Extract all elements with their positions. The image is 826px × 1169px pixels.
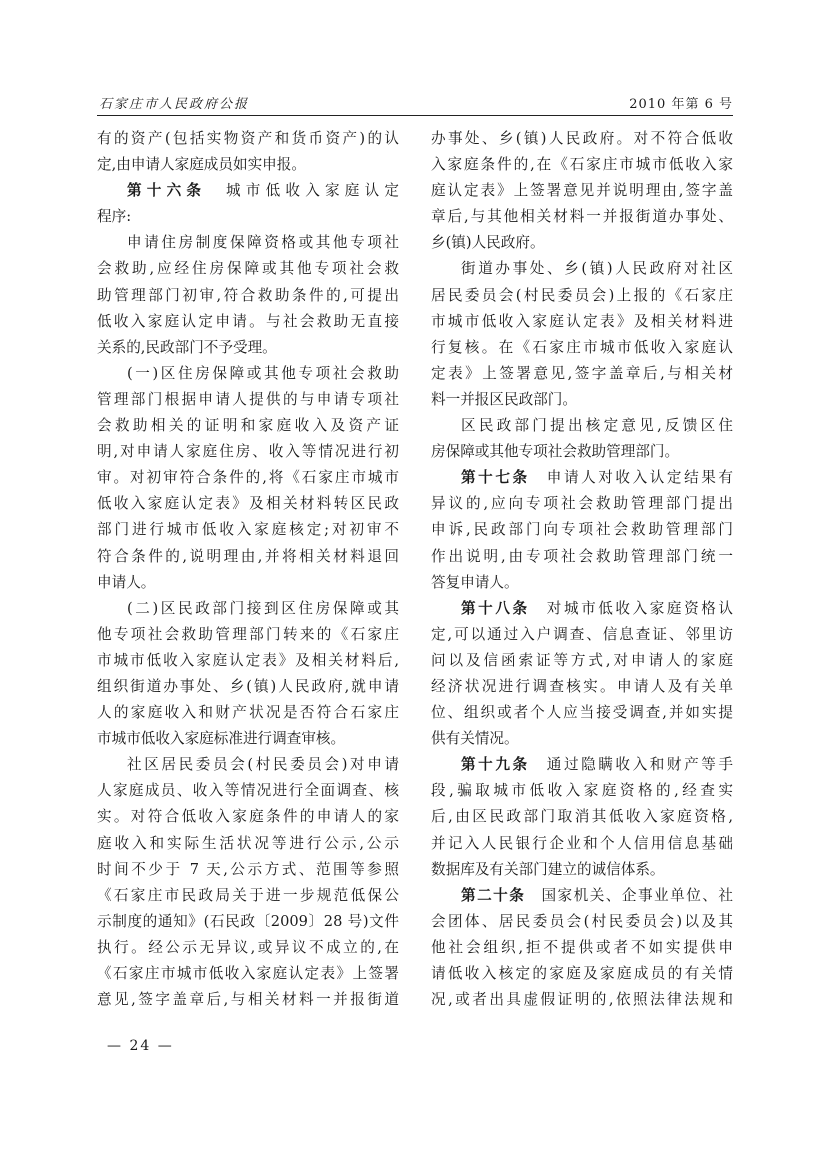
text-line: 申请住房制度保障资格或其他专项社 (97, 230, 399, 256)
line-text: 管理部门根据申请人提供的与申请专项社 (97, 391, 399, 408)
line-text: 部门进行城市低收入家庭核定;对初审不 (97, 521, 399, 538)
line-text: 问以及信函索证等方式,对申请人的家庭 (431, 652, 733, 669)
text-line: 庭认定表》上签署意见并说明理由,签字盖 (431, 178, 733, 204)
article-heading-line: 第二十条 国家机关、企事业单位、社 (431, 883, 733, 909)
article-number: 第十九条 (461, 756, 530, 773)
line-text: 会团体、居民委员会(村民委员会)以及其 (431, 913, 733, 930)
text-line: 明,对申请人家庭住房、收入等情况进行初 (97, 439, 399, 465)
text-line: 段,骗取城市低收入家庭资格的,经查实 (431, 778, 733, 804)
line-text: 城市低收入家庭认定 (206, 182, 399, 199)
line-text: 市城市低收入家庭标准进行调查审核。 (97, 730, 345, 747)
line-text: 定,由申请人家庭成员如实申报。 (97, 156, 306, 173)
text-line: 组织街道办事处、乡(镇)人民政府,就申请 (97, 674, 399, 700)
page-number: — 24 — (107, 1038, 174, 1054)
article-number: 第二十条 (461, 887, 525, 904)
text-line: 他专项社会救助管理部门转来的《石家庄 (97, 622, 399, 648)
line-text: 审。对初审符合条件的,将《石家庄市城市 (97, 469, 399, 486)
line-text: 《石家庄市城市低收入家庭认定表》上签署 (97, 965, 399, 982)
line-text: 人家庭成员、收入等情况进行全面调查、核 (97, 782, 399, 799)
text-line: 后,由区民政部门取消其低收入家庭资格, (431, 804, 733, 830)
line-text: 他专项社会救助管理部门转来的《石家庄 (97, 626, 399, 643)
article-number: 第十七条 (461, 469, 530, 486)
text-line: 社区居民委员会(村民委员会)对申请 (97, 752, 399, 778)
line-text: 程序: (97, 208, 131, 225)
text-line: 申请人。 (97, 570, 399, 596)
text-line: 审。对初审符合条件的,将《石家庄市城市 (97, 465, 399, 491)
text-line: 入家庭条件的,在《石家庄市城市低收入家 (431, 152, 733, 178)
line-text: 实。对符合低收入家庭条件的申请人的家 (97, 808, 399, 825)
line-text: 办事处、乡(镇)人民政府。对不符合低收 (431, 130, 733, 147)
line-text: 申请人对收入认定结果有 (530, 469, 733, 486)
line-text: 经济状况进行调查核实。申请人及有关单 (431, 678, 733, 695)
text-line: 数据库及有关部门建立的诚信体系。 (431, 857, 733, 883)
line-text: 执行。经公示无异议,或异议不成立的,在 (97, 939, 399, 956)
line-text: 会救助,应经住房保障或其他专项社会救 (97, 260, 399, 277)
line-text: 时间不少于 7 天,公示方式、范围等参照 (97, 861, 399, 878)
line-text: (二)区民政部门接到区住房保障或其 (127, 600, 399, 617)
line-text: 料一并报区民政部门。 (431, 391, 577, 408)
text-line: 章后,与其他相关材料一并报街道办事处、 (431, 204, 733, 230)
text-line: 助管理部门初审,符合救助条件的,可提出 (97, 283, 399, 309)
line-text: 市城市低收入家庭认定表》及相关材料后, (97, 652, 399, 669)
line-text: 段,骗取城市低收入家庭资格的,经查实 (431, 782, 733, 799)
text-line: (二)区民政部门接到区住房保障或其 (97, 596, 399, 622)
line-text: 章后,与其他相关材料一并报街道办事处、 (431, 208, 733, 225)
line-text: 市城市低收入家庭认定表》及相关材料进 (431, 313, 733, 330)
line-text: 申请住房制度保障资格或其他专项社 (127, 234, 399, 251)
text-line: 他社会组织,拒不提供或者不如实提供申 (431, 935, 733, 961)
text-line: 《石家庄市城市低收入家庭认定表》上签署 (97, 961, 399, 987)
line-text: 房保障或其他专项社会救助管理部门。 (431, 443, 679, 460)
line-text: 国家机关、企事业单位、社 (525, 887, 733, 904)
line-text: 通过隐瞒收入和财产等手 (530, 756, 733, 773)
line-text: 助管理部门初审,符合救助条件的,可提出 (97, 287, 399, 304)
line-text: 异议的,应向专项社会救助管理部门提出 (431, 495, 733, 512)
text-line: 执行。经公示无异议,或异议不成立的,在 (97, 935, 399, 961)
text-line: 经济状况进行调查核实。申请人及有关单 (431, 674, 733, 700)
text-line: 会救助,应经住房保障或其他专项社会救 (97, 256, 399, 282)
header-rule (97, 115, 733, 116)
text-line: 行复核。在《石家庄市城市低收入家庭认 (431, 335, 733, 361)
line-text: 入家庭条件的,在《石家庄市城市低收入家 (431, 156, 733, 173)
right-column: 办事处、乡(镇)人民政府。对不符合低收入家庭条件的,在《石家庄市城市低收入家庭认… (431, 126, 733, 1013)
line-text: 庭认定表》上签署意见并说明理由,签字盖 (431, 182, 733, 199)
issue-number: 2010 年第 6 号 (629, 93, 733, 112)
text-line: 异议的,应向专项社会救助管理部门提出 (431, 491, 733, 517)
line-text: (一)区住房保障或其他专项社会救助 (127, 365, 399, 382)
line-text: 对城市低收入家庭资格认 (530, 600, 733, 617)
article-heading-line: 第十六条 城市低收入家庭认定 (97, 178, 399, 204)
article-heading-line: 第十七条 申请人对收入认定结果有 (431, 465, 733, 491)
article-number: 第十六条 (127, 182, 206, 199)
text-line: 会团体、居民委员会(村民委员会)以及其 (431, 909, 733, 935)
line-text: 请低收入核定的家庭及家庭成员的有关情 (431, 965, 733, 982)
line-text: 低收入家庭认定申请。与社会救助无直接 (97, 313, 399, 330)
article-heading-line: 第十九条 通过隐瞒收入和财产等手 (431, 752, 733, 778)
line-text: 社区居民委员会(村民委员会)对申请 (127, 756, 399, 773)
line-text: 人的家庭收入和财产状况是否符合石家庄 (97, 704, 399, 721)
line-text: 定表》上签署意见,签字盖章后,与相关材 (431, 365, 733, 382)
text-line: 问以及信函索证等方式,对申请人的家庭 (431, 648, 733, 674)
text-line: 程序: (97, 204, 399, 230)
text-line: 低收入家庭认定申请。与社会救助无直接 (97, 309, 399, 335)
line-text: 供有关情况。 (431, 730, 519, 747)
line-text: 申请人。 (97, 574, 155, 591)
line-text: 后,由区民政部门取消其低收入家庭资格, (431, 808, 733, 825)
text-line: 乡(镇)人民政府。 (431, 230, 733, 256)
text-line: 定表》上签署意见,签字盖章后,与相关材 (431, 361, 733, 387)
line-text: 低收入家庭认定表》及相关材料转区民政 (97, 495, 399, 512)
publication-title: 石家庄市人民政府公报 (99, 93, 249, 112)
line-text: 位、组织或者个人应当接受调查,并如实提 (431, 704, 733, 721)
line-text: 意见,签字盖章后,与相关材料一并报街道 (97, 991, 399, 1008)
article-number: 第十八条 (461, 600, 530, 617)
line-text: 行复核。在《石家庄市城市低收入家庭认 (431, 339, 733, 356)
text-line: 请低收入核定的家庭及家庭成员的有关情 (431, 961, 733, 987)
line-text: 答复申请人。 (431, 574, 519, 591)
text-line: 定,可以通过入户调查、信息查证、邻里访 (431, 622, 733, 648)
text-line: 关系的,民政部门不予受理。 (97, 335, 399, 361)
text-line: 庭收入和实际生活状况等进行公示,公示 (97, 831, 399, 857)
text-line: 居民委员会(村民委员会)上报的《石家庄 (431, 283, 733, 309)
text-line: 供有关情况。 (431, 726, 733, 752)
text-line: 人的家庭收入和财产状况是否符合石家庄 (97, 700, 399, 726)
text-line: 符合条件的,说明理由,并将相关材料退回 (97, 544, 399, 570)
text-line: 意见,签字盖章后,与相关材料一并报街道 (97, 987, 399, 1013)
text-line: 市城市低收入家庭标准进行调查审核。 (97, 726, 399, 752)
text-line: 实。对符合低收入家庭条件的申请人的家 (97, 804, 399, 830)
text-line: 市城市低收入家庭认定表》及相关材料进 (431, 309, 733, 335)
text-line: 位、组织或者个人应当接受调查,并如实提 (431, 700, 733, 726)
line-text: 定,可以通过入户调查、信息查证、邻里访 (431, 626, 733, 643)
left-column: 有的资产(包括实物资产和货币资产)的认定,由申请人家庭成员如实申报。第十六条 城… (97, 126, 399, 1013)
line-text: 区民政部门提出核定意见,反馈区住 (461, 417, 733, 434)
text-line: 《石家庄市民政局关于进一步规范低保公 (97, 883, 399, 909)
text-line: 有的资产(包括实物资产和货币资产)的认 (97, 126, 399, 152)
text-line: 示制度的通知》(石民政〔2009〕28 号)文件 (97, 909, 399, 935)
text-line: 房保障或其他专项社会救助管理部门。 (431, 439, 733, 465)
line-text: 组织街道办事处、乡(镇)人民政府,就申请 (97, 678, 399, 695)
line-text: 庭收入和实际生活状况等进行公示,公示 (97, 835, 399, 852)
text-line: 作出说明,由专项社会救助管理部门统一 (431, 544, 733, 570)
text-line: 定,由申请人家庭成员如实申报。 (97, 152, 399, 178)
line-text: 居民委员会(村民委员会)上报的《石家庄 (431, 287, 733, 304)
text-line: 答复申请人。 (431, 570, 733, 596)
text-line: 街道办事处、乡(镇)人民政府对社区 (431, 256, 733, 282)
line-text: 申诉,民政部门向专项社会救助管理部门 (431, 521, 733, 538)
line-text: 数据库及有关部门建立的诚信体系。 (431, 861, 665, 878)
line-text: 并记入人民银行企业和个人信用信息基础 (431, 835, 733, 852)
article-heading-line: 第十八条 对城市低收入家庭资格认 (431, 596, 733, 622)
text-line: 料一并报区民政部门。 (431, 387, 733, 413)
running-header: 石家庄市人民政府公报 2010 年第 6 号 (97, 93, 733, 115)
text-line: 人家庭成员、收入等情况进行全面调查、核 (97, 778, 399, 804)
text-line: 区民政部门提出核定意见,反馈区住 (431, 413, 733, 439)
line-text: 况,或者出具虚假证明的,依照法律法规和 (431, 991, 733, 1008)
text-line: 并记入人民银行企业和个人信用信息基础 (431, 831, 733, 857)
text-line: 管理部门根据申请人提供的与申请专项社 (97, 387, 399, 413)
text-line: 申诉,民政部门向专项社会救助管理部门 (431, 517, 733, 543)
line-text: 作出说明,由专项社会救助管理部门统一 (431, 548, 733, 565)
line-text: 符合条件的,说明理由,并将相关材料退回 (97, 548, 399, 565)
line-text: 示制度的通知》(石民政〔2009〕28 号)文件 (97, 913, 399, 930)
text-line: 市城市低收入家庭认定表》及相关材料后, (97, 648, 399, 674)
text-line: 办事处、乡(镇)人民政府。对不符合低收 (431, 126, 733, 152)
line-text: 乡(镇)人民政府。 (431, 234, 545, 251)
text-line: 部门进行城市低收入家庭核定;对初审不 (97, 517, 399, 543)
text-line: 况,或者出具虚假证明的,依照法律法规和 (431, 987, 733, 1013)
line-text: 他社会组织,拒不提供或者不如实提供申 (431, 939, 733, 956)
line-text: 明,对申请人家庭住房、收入等情况进行初 (97, 443, 399, 460)
line-text: 会救助相关的证明和家庭收入及资产证 (97, 417, 399, 434)
text-line: 时间不少于 7 天,公示方式、范围等参照 (97, 857, 399, 883)
text-line: (一)区住房保障或其他专项社会救助 (97, 361, 399, 387)
line-text: 《石家庄市民政局关于进一步规范低保公 (97, 887, 399, 904)
line-text: 有的资产(包括实物资产和货币资产)的认 (97, 130, 399, 147)
text-line: 低收入家庭认定表》及相关材料转区民政 (97, 491, 399, 517)
line-text: 关系的,民政部门不予受理。 (97, 339, 277, 356)
text-line: 会救助相关的证明和家庭收入及资产证 (97, 413, 399, 439)
line-text: 街道办事处、乡(镇)人民政府对社区 (461, 260, 733, 277)
